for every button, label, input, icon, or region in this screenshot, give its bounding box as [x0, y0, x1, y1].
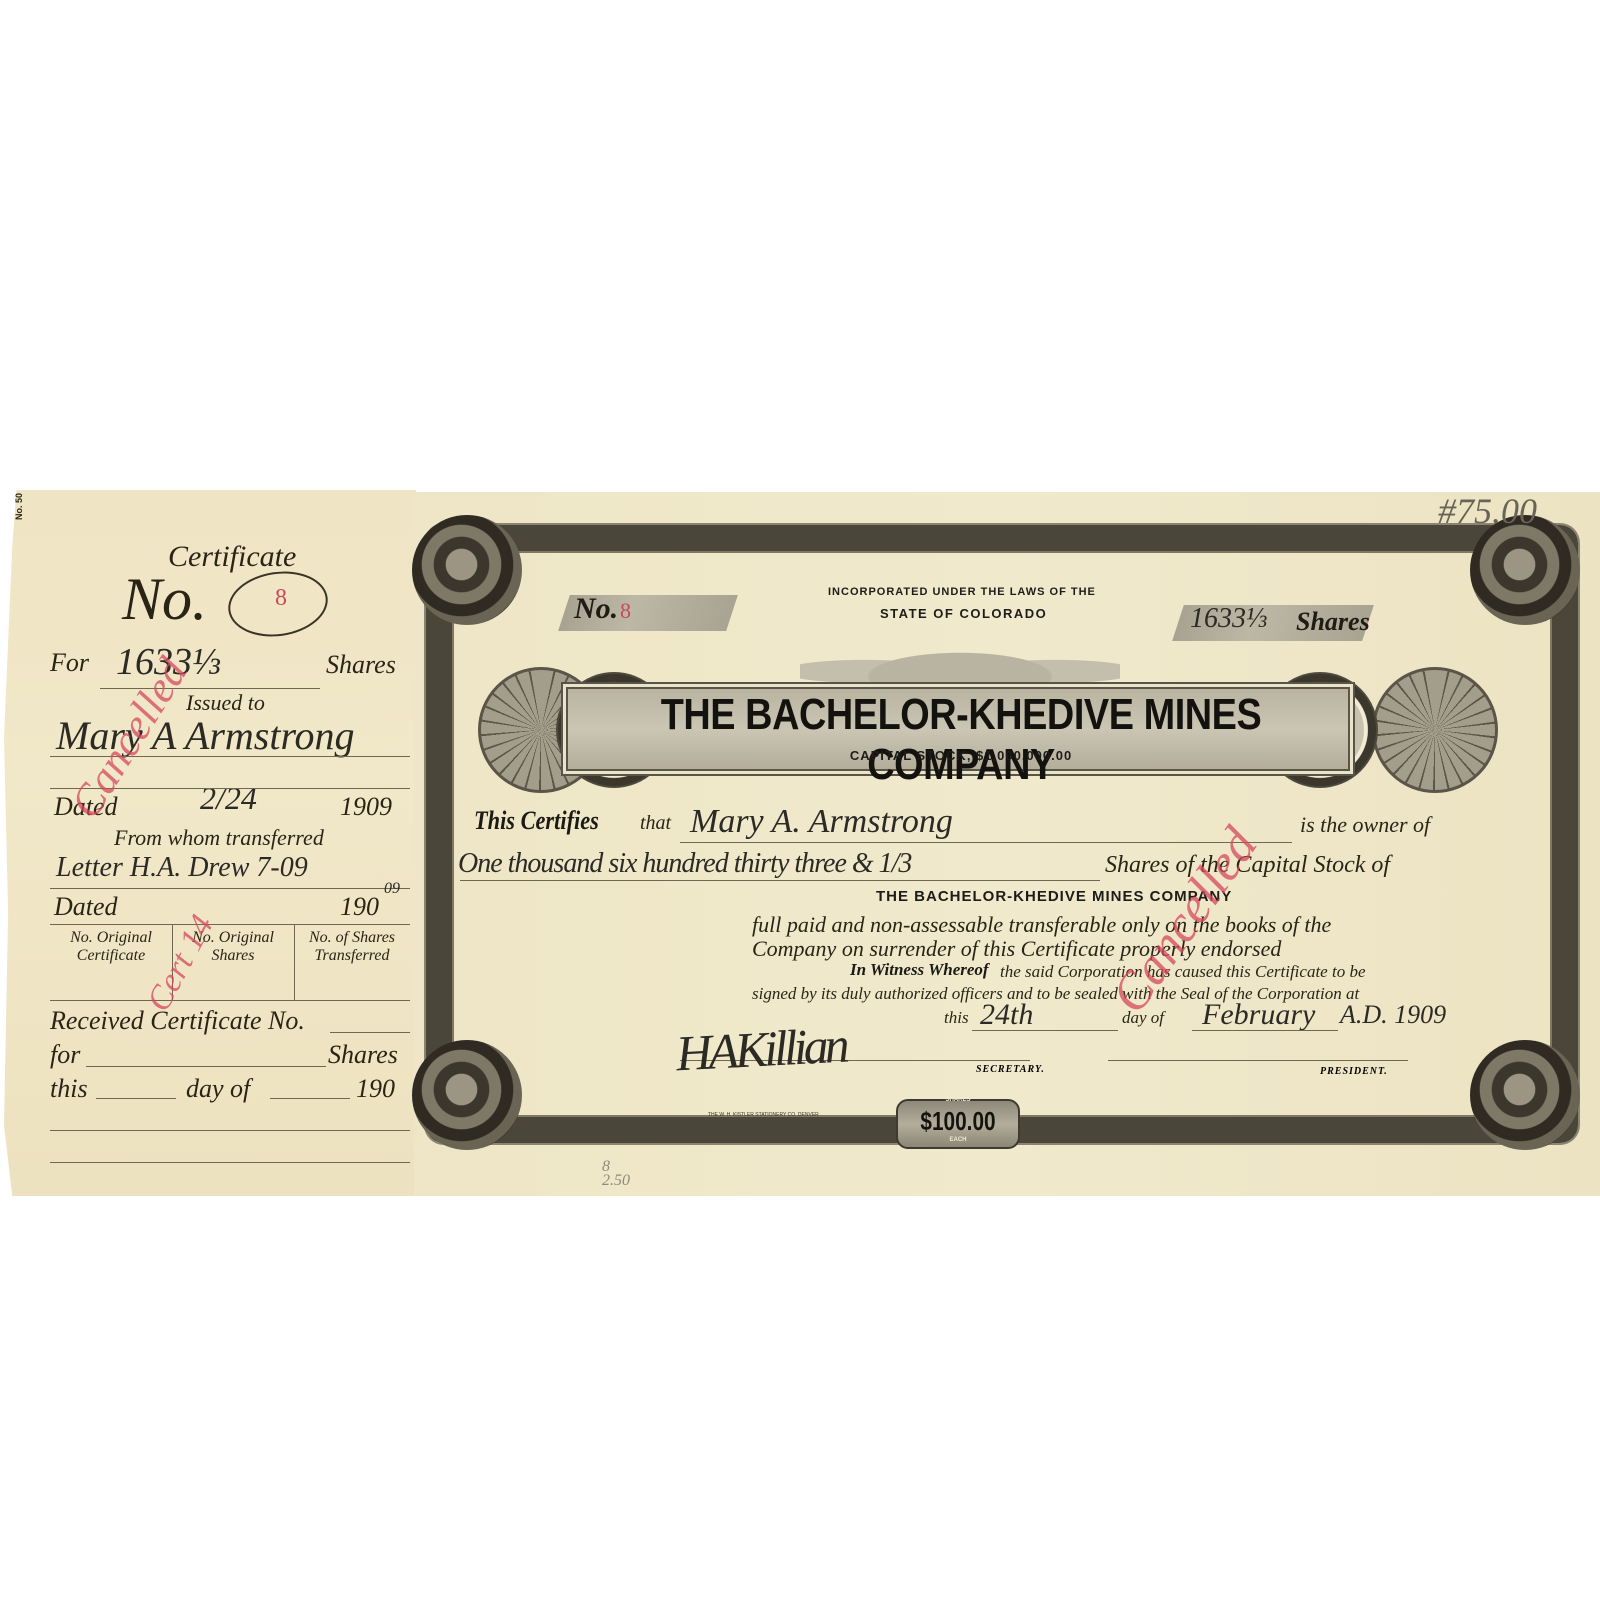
rule: [50, 888, 410, 889]
stub-shares-label: Shares: [326, 650, 396, 680]
rosette-ornament-icon: [1372, 667, 1498, 793]
day-value: 24th: [980, 998, 1033, 1032]
par-top-label: SHARES: [896, 1097, 1020, 1103]
rule: [50, 1130, 410, 1131]
owner-name: Mary A. Armstrong: [690, 803, 953, 841]
par-value: $100.00: [908, 1106, 1007, 1137]
full-paid-text: full paid and non-assessable transferabl…: [752, 912, 1331, 938]
form-number: No. 50: [14, 493, 24, 520]
witness-label: In Witness Whereof: [850, 960, 989, 980]
rule: [270, 1098, 350, 1099]
stub-shares2-label: Shares: [328, 1040, 398, 1070]
stub-no-label: No.: [122, 565, 207, 634]
shares-label: Shares: [1296, 607, 1370, 637]
secretary-signature: HAKillian: [675, 1016, 847, 1083]
rule: [96, 1098, 176, 1099]
stub-day-of-label: day of: [186, 1074, 250, 1104]
stub-dated-year: 1909: [340, 792, 392, 822]
table-header: No. Original Certificate: [50, 929, 172, 965]
stub-this-label: this: [50, 1074, 88, 1104]
stub-from-whom-value: Letter H.A. Drew 7-09: [56, 852, 308, 884]
certificate-no-label: No.: [574, 592, 618, 626]
certifies-label: This Certifies: [474, 806, 599, 836]
par-bottom-label: EACH: [896, 1137, 1020, 1143]
corner-ornament-icon: [412, 1040, 522, 1150]
stub-dated-value: 2/24: [200, 780, 257, 817]
company-title: THE BACHELOR-KHEDIVE MINES COMPANY: [621, 690, 1300, 790]
corner-ornament-icon: [1470, 1040, 1580, 1150]
rule: [460, 880, 1100, 881]
shares-value: 1633⅓: [1190, 603, 1267, 635]
stub-dated2-year-hand: 09: [384, 880, 400, 898]
pencil-annotation: 8 2.50: [602, 1160, 630, 1188]
pencil-note-line: 2.50: [602, 1174, 630, 1188]
stub-for2-label: for: [50, 1040, 80, 1070]
stub-for-label: For: [50, 648, 89, 678]
incorporated-line: INCORPORATED UNDER THE LAWS OF THE: [828, 586, 1096, 598]
stub-transfer-table: No. Original Certificate No. Original Sh…: [50, 925, 410, 1001]
owner-of-label: is the owner of: [1300, 812, 1430, 838]
stub-certificate-number: 8: [275, 585, 287, 612]
month-value: February: [1202, 998, 1315, 1032]
rule: [50, 1000, 410, 1001]
scroll-ornament-icon: [800, 635, 1120, 687]
rule: [680, 842, 1292, 843]
rule: [330, 1032, 410, 1033]
stub-year-prefix: 190: [356, 1074, 395, 1104]
capital-stock: CAPITAL STOCK, $1,000,000.00: [566, 748, 1356, 763]
rule: [50, 1162, 410, 1163]
stub-dated2-label: Dated: [54, 892, 118, 922]
printer-credit: THE W. H. KISTLER STATIONERY CO. DENVER: [708, 1112, 819, 1118]
price-annotation: #75.00: [1438, 490, 1537, 532]
amount-written: One thousand six hundred thirty three & …: [458, 848, 911, 880]
stub-from-whom-label: From whom transferred: [114, 825, 324, 851]
corner-ornament-icon: [412, 515, 522, 625]
that-label: that: [640, 812, 671, 835]
rule: [86, 1066, 326, 1067]
certificate-number: 8: [620, 598, 631, 624]
ad-year: A.D. 1909: [1340, 1000, 1446, 1030]
table-header: No. of Shares Transferred: [294, 929, 410, 965]
rule: [1108, 1060, 1408, 1061]
rule: [972, 1030, 1118, 1031]
secretary-label: SECRETARY.: [976, 1064, 1045, 1075]
state-line: STATE OF COLORADO: [880, 606, 1047, 621]
rule: [1192, 1030, 1338, 1031]
this-label: this: [944, 1008, 969, 1028]
stub-dated2-year: 190: [340, 892, 379, 922]
president-label: PRESIDENT.: [1320, 1066, 1388, 1077]
